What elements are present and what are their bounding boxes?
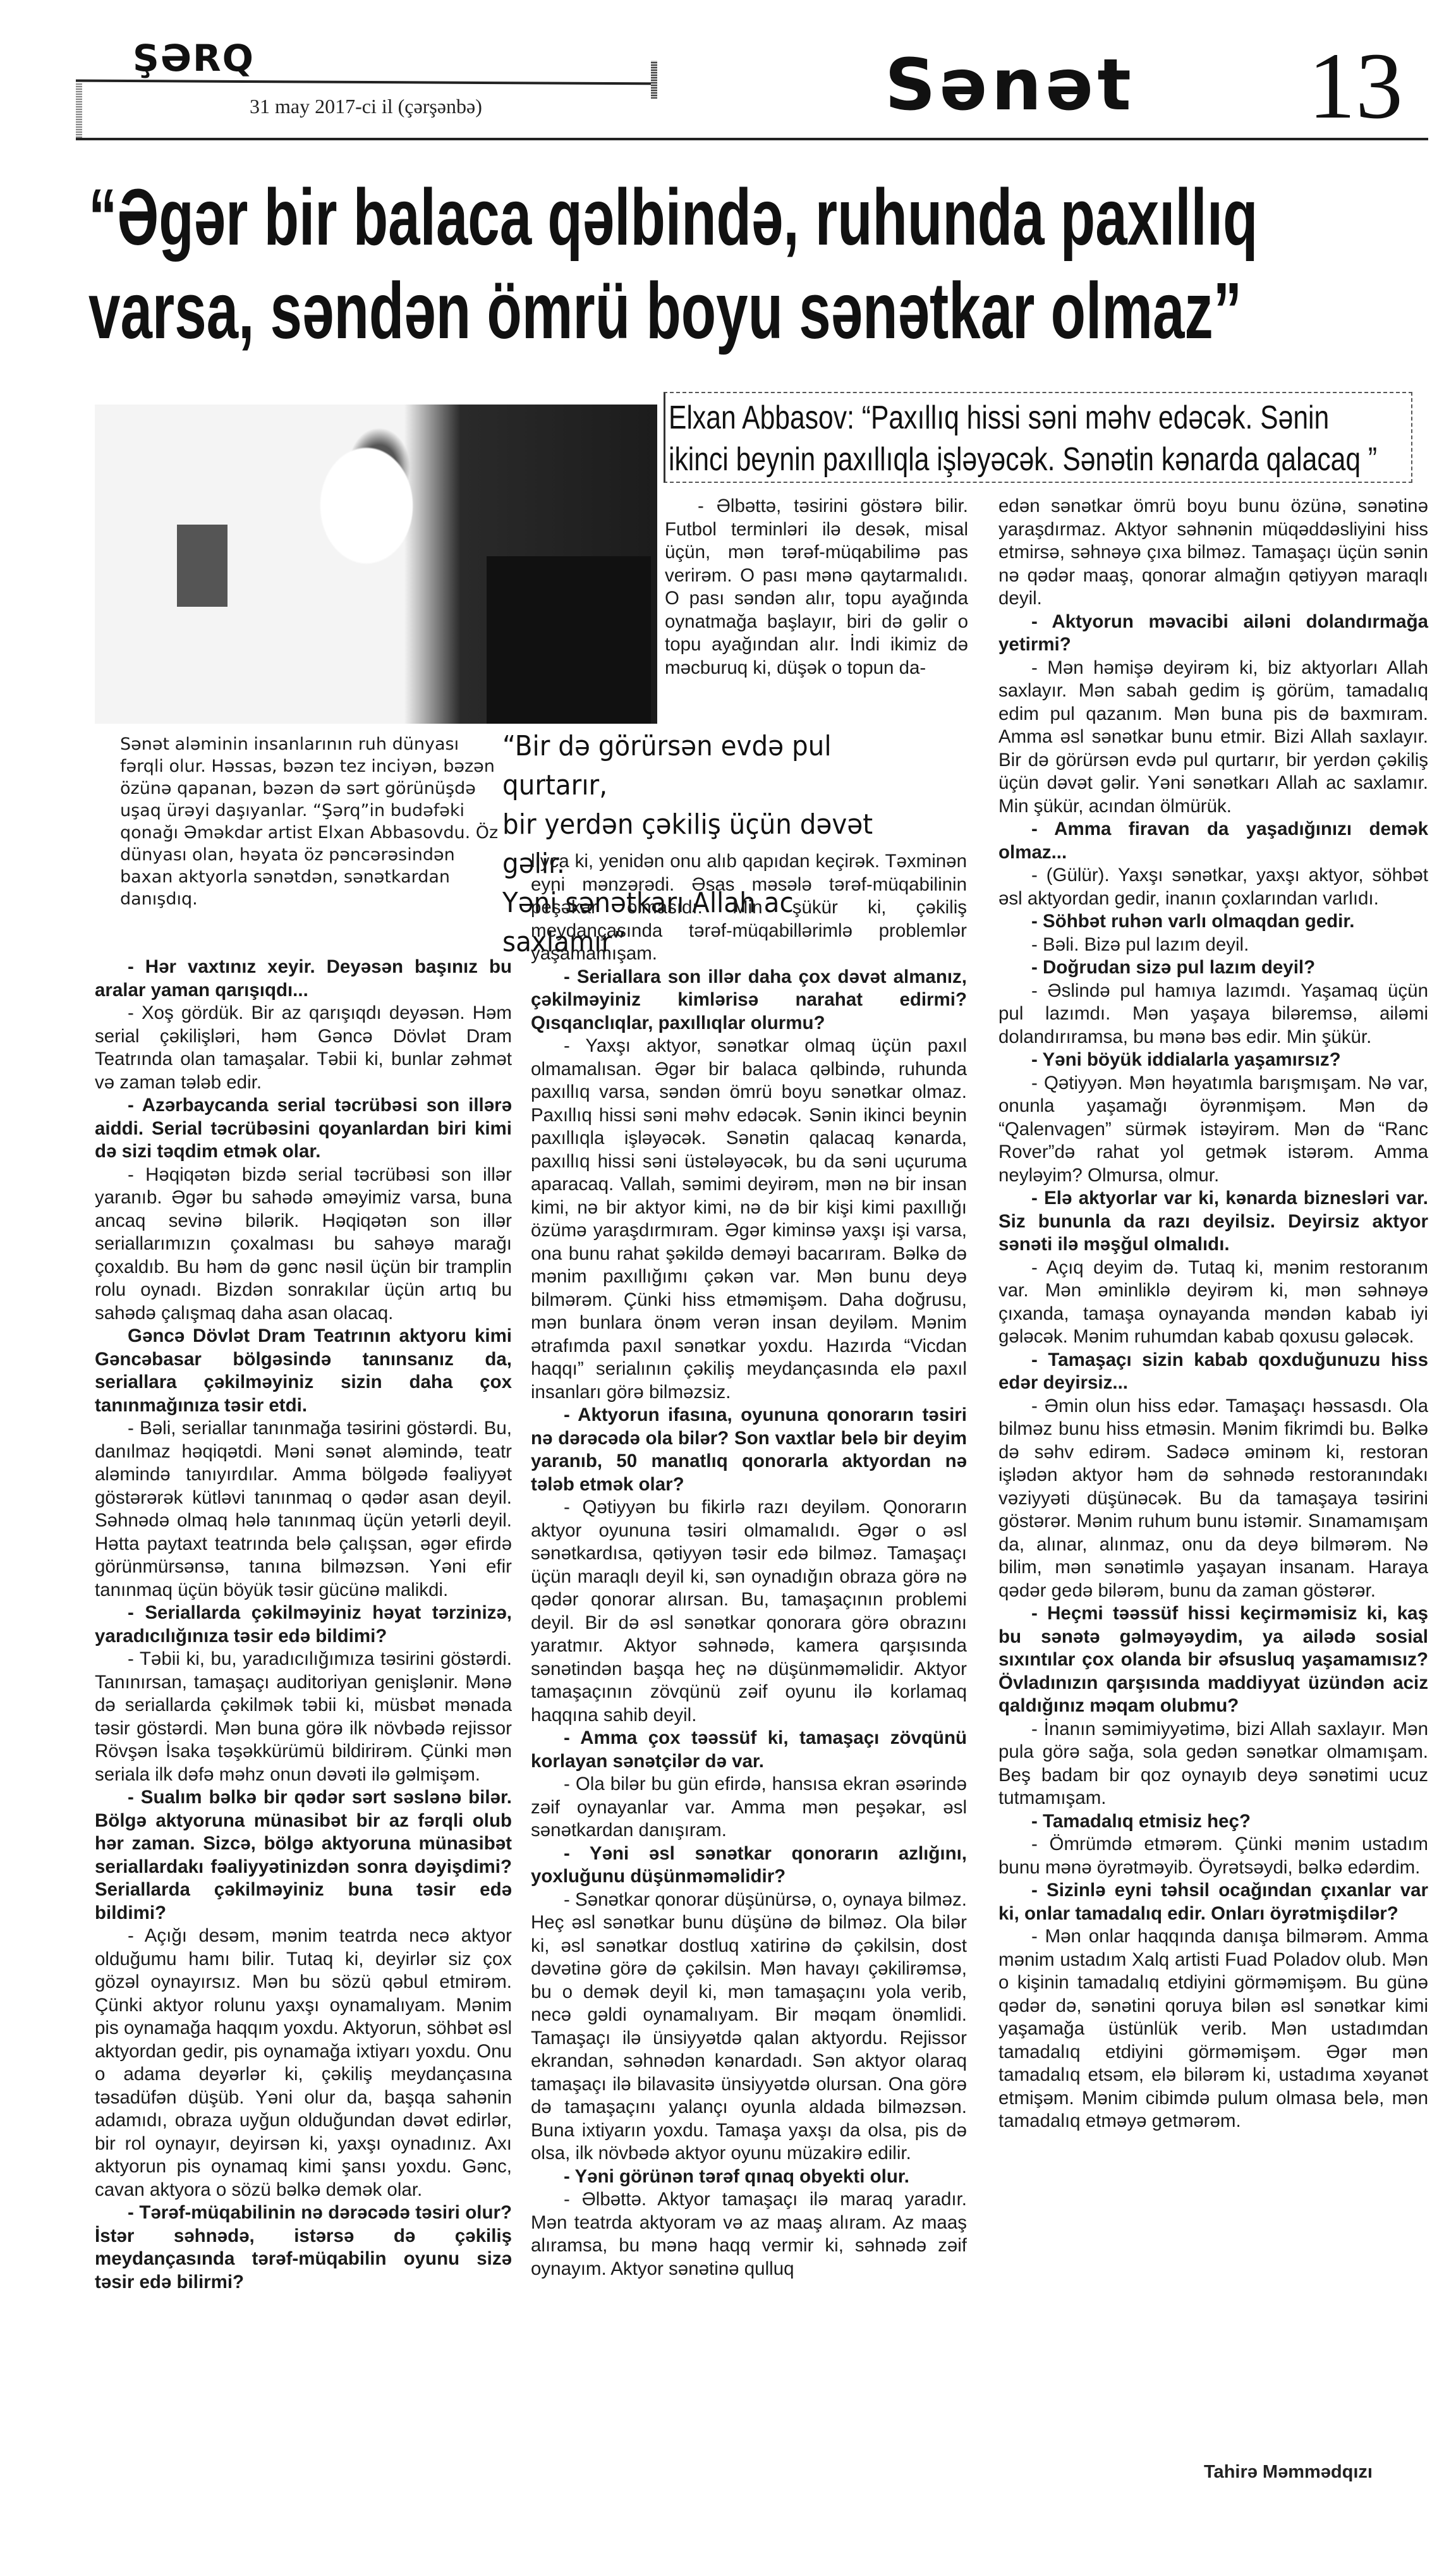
header-rule — [76, 138, 1428, 140]
interview-answer: - Bəli. Bizə pul lazım deyil. — [998, 934, 1428, 957]
interview-question: - Amma çox təəssüf ki, tamaşaçı zövqünü … — [531, 1727, 967, 1773]
interview-answer: - Açıq deyim də. Tutaq ki, mənim restora… — [998, 1257, 1428, 1349]
interview-answer: - Təbii ki, bu, yaradıcılığımıza təsirin… — [95, 1648, 512, 1786]
interview-answer: - Qətiyyən bu fikirlə razı deyiləm. Qono… — [531, 1496, 967, 1727]
photo-background-frame — [177, 525, 227, 607]
interview-question: Gəncə Dövlət Dram Teatrının aktyoru kimi… — [95, 1325, 512, 1417]
interview-question: - Tamadalıq etmisiz heç? — [998, 1810, 1428, 1834]
interview-question: - Amma firavan da yaşadığınızı demək olm… — [998, 818, 1428, 864]
interview-answer: - Əlbəttə, təsirini göstərə bilir. Futbo… — [665, 495, 968, 679]
interview-question: - Doğrudan sizə pul lazım deyil? — [998, 956, 1428, 980]
interview-answer: lıyca ki, yenidən onu alıb qapıdan keçir… — [531, 850, 967, 966]
masthead-box-edge-left — [76, 83, 82, 140]
interview-question: - Aktyorun məvacibi ailəni dolandırmağa … — [998, 611, 1428, 657]
interview-answer: - Ömrümdə etmərəm. Çünki mənim ustadım b… — [998, 1833, 1428, 1879]
interview-answer: - Xoş gördük. Bir az qarışıqdı deyəsən. … — [95, 1002, 512, 1094]
interview-question: - Tərəf-müqabilinin nə dərəcədə təsiri o… — [95, 2201, 512, 2294]
interview-question: - Hər vaxtınız xeyir. Deyəsən başınız bu… — [95, 956, 512, 1002]
interview-question: - Yəni əsl sənətkar qonorarın azlığını, … — [531, 1842, 967, 1889]
author-signature: Tahirə Məmmədqızı — [1204, 2462, 1373, 2483]
interview-answer: - İnanın səmimiyyətimə, bizi Allah saxla… — [998, 1718, 1428, 1810]
interview-answer: - Mən həmişə deyirəm ki, biz aktyorları … — [998, 657, 1428, 819]
interview-answer: - Açığı desəm, mənim teatrda necə aktyor… — [95, 1925, 512, 2201]
interview-question: - Seriallara son illər daha çox dəvət al… — [531, 966, 967, 1035]
newspaper-logo: ŞƏRQ — [133, 37, 255, 80]
section-title: Sənət — [885, 44, 1135, 126]
pull-quote-line-1: “Bir də görürsən evdə pul qurtarır, — [502, 727, 921, 805]
interview-question: - Seriallarda çəkilməyiniz həyat tərzini… — [95, 1602, 512, 1648]
page-number: 13 — [1308, 32, 1403, 140]
interview-question: - Azərbaycanda serial təcrübəsi son illə… — [95, 1094, 512, 1164]
interview-question: - Heçmi təəssüf hissi keçirməmisiz ki, k… — [998, 1602, 1428, 1718]
interview-question: - Sualım bəlkə bir qədər sərt səslənə bi… — [95, 1786, 512, 1925]
interview-answer: - Bəli, seriallar tanınmağa təsirini gös… — [95, 1417, 512, 1602]
interview-answer: - Sənətkar qonorar düşünürsə, o, oynaya … — [531, 1889, 967, 2165]
interview-question: - Elə aktyorlar var ki, kənarda bizneslə… — [998, 1187, 1428, 1257]
article-column-1: - Hər vaxtınız xeyir. Deyəsən başınız bu… — [95, 956, 512, 2294]
interview-answer: edən sənətkar ömrü boyu bunu özünə, sənə… — [998, 495, 1428, 611]
interview-question: - Yəni böyük iddialarla yaşamırsız? — [998, 1049, 1428, 1072]
interview-answer: - Əslində pul hamıya lazımdı. Yaşamaq üç… — [998, 980, 1428, 1049]
interview-question: - Tamaşaçı sizin kabab qoxduğunuzu hiss … — [998, 1349, 1428, 1395]
interview-answer: - Qətiyyən. Mən həyatımla barışmışam. Nə… — [998, 1072, 1428, 1188]
article-subhead: Elxan Abbasov: “Paxıllıq hissi səni məhv… — [669, 397, 1394, 480]
interview-answer: - Əmin olun hiss edər. Tamaşaçı həssasdı… — [998, 1395, 1428, 1603]
interview-question: - Aktyorun ifasına, oyununa qonorarın tə… — [531, 1404, 967, 1496]
headline-line-1: “Əgər bir balaca qəlbində, ruhunda paxıl… — [88, 171, 1062, 264]
interview-answer: - (Gülür). Yaxşı sənətkar, yaxşı aktyor,… — [998, 864, 1428, 910]
interview-answer: - Əlbəttə. Aktyor tamaşaçı ilə maraq yar… — [531, 2188, 967, 2280]
article-column-2: lıyca ki, yenidən onu alıb qapıdan keçir… — [531, 850, 967, 2280]
interview-answer: - Ola bilər bu gün efirdə, hansısa ekran… — [531, 1773, 967, 1842]
interview-answer: - Həqiqətən bizdə serial təcrübəsi son i… — [95, 1164, 512, 1325]
interview-answer: - Yaxşı aktyor, sənətkar olmaq üçün paxı… — [531, 1035, 967, 1404]
photo-shadow-region — [487, 556, 651, 724]
article-column-2-top: - Əlbəttə, təsirini göstərə bilir. Futbo… — [665, 495, 968, 679]
interview-question: - Söhbət ruhən varlı olmaqdan gedir. — [998, 910, 1428, 934]
article-column-3: edən sənətkar ömrü boyu bunu özünə, sənə… — [998, 495, 1428, 2133]
article-photo — [95, 405, 657, 724]
subhead-line-1: Elxan Abbasov: “Paxıllıq hissi səni məhv… — [669, 397, 1394, 439]
headline-line-2: varsa, səndən ömrü boyu sənətkar olmaz” — [88, 264, 1062, 358]
article-headline: “Əgər bir balaca qəlbində, ruhunda paxıl… — [88, 171, 1062, 358]
masthead-rule — [76, 80, 657, 85]
subhead-line-2: ikinci beynin paxıllıqla işləyəcək. Sənə… — [669, 439, 1394, 480]
interview-question: - Sizinlə eyni təhsil ocağından çıxanlar… — [998, 1879, 1428, 1925]
issue-date: 31 may 2017-ci il (çərşənbə) — [250, 95, 482, 118]
interview-question: - Yəni görünən tərəf qınaq obyekti olur. — [531, 2165, 967, 2189]
photo-caption-lead: Sənət aləminin insanlarının ruh dünyası … — [120, 733, 506, 910]
interview-answer: - Mən onlar haqqında danışa bilmərəm. Am… — [998, 1925, 1428, 2133]
masthead-box-edge — [651, 61, 657, 99]
